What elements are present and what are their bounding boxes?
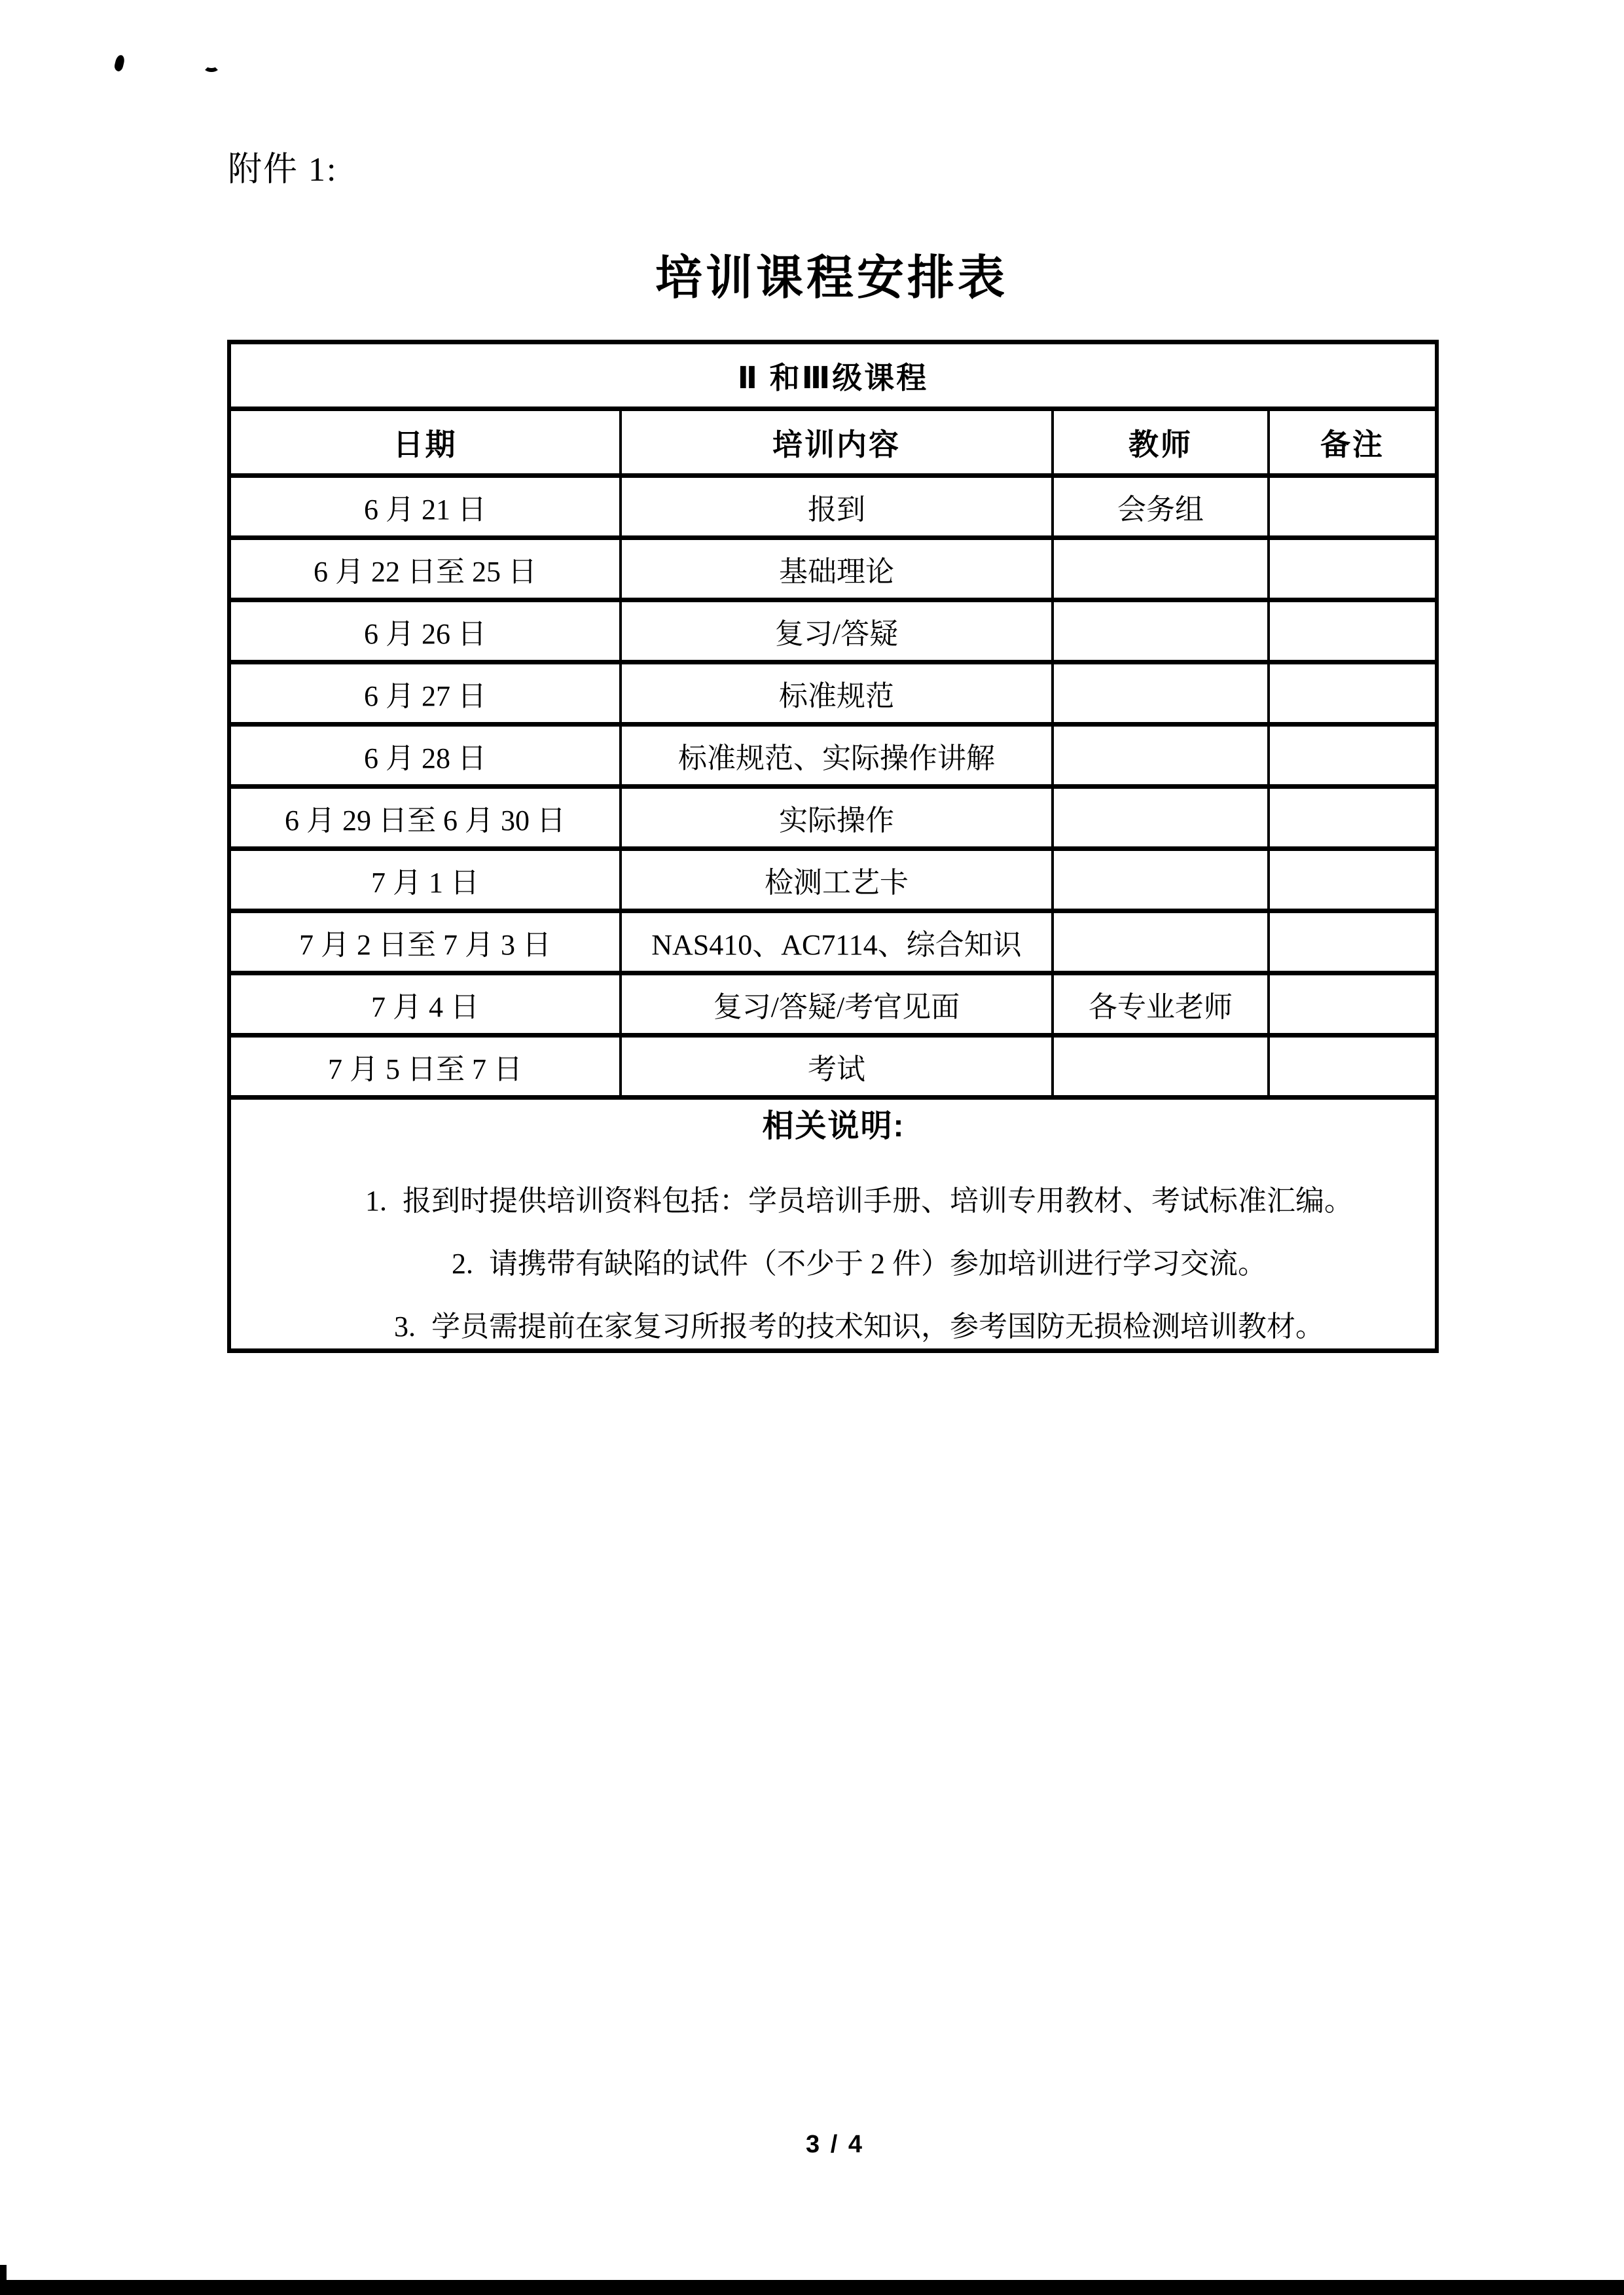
table-row: 6 月 29 日至 6 月 30 日 实际操作: [229, 787, 1437, 849]
note-number: 2.: [452, 1245, 473, 1283]
note-number: 3.: [394, 1308, 416, 1346]
notes-list: 1.报到时提供培训资料包括：学员培训手册、培训专用教材、考试标准汇编。 2.请携…: [231, 1182, 1435, 1346]
cell-content: 标准规范、实际操作讲解: [621, 725, 1053, 787]
cell-teacher: [1053, 725, 1269, 787]
cell-content: 检测工艺卡: [621, 849, 1053, 911]
cell-content: 复习/答疑: [621, 600, 1053, 662]
table-caption-row: Ⅱ 和Ⅲ级课程: [229, 342, 1437, 409]
note-item: 3.学员需提前在家复习所报考的技术知识，参考国防无损检测培训教材。: [283, 1308, 1435, 1346]
cell-date: 6 月 21 日: [229, 476, 621, 538]
cell-teacher: [1053, 1036, 1269, 1098]
note-text: 请携带有缺陷的试件（不少于 2 件）参加培训进行学习交流。: [489, 1248, 1267, 1280]
cell-date: 6 月 27 日: [229, 662, 621, 725]
cell-date: 6 月 22 日至 25 日: [229, 538, 621, 600]
table-row: 6 月 21 日 报到 会务组: [229, 476, 1437, 538]
column-header-remark: 备注: [1269, 409, 1437, 476]
cell-date: 6 月 28 日: [229, 725, 621, 787]
cell-content: 考试: [621, 1036, 1053, 1098]
page-number: 3 / 4: [23, 2131, 1624, 2159]
attachment-label: 附件 1:: [228, 151, 337, 190]
cell-date: 7 月 5 日至 7 日: [229, 1036, 621, 1098]
note-number: 1.: [365, 1182, 387, 1220]
schedule-body: 6 月 21 日 报到 会务组 6 月 22 日至 25 日 基础理论 6 月 …: [229, 476, 1437, 1098]
notes-row: 相关说明: 1.报到时提供培训资料包括：学员培训手册、培训专用教材、考试标准汇编…: [229, 1098, 1437, 1351]
table-caption: Ⅱ 和Ⅲ级课程: [229, 342, 1437, 409]
cell-remark: [1269, 538, 1437, 600]
cell-date: 7 月 4 日: [229, 973, 621, 1036]
cell-content: 报到: [621, 476, 1053, 538]
note-text: 报到时提供培训资料包括：学员培训手册、培训专用教材、考试标准汇编。: [403, 1185, 1353, 1217]
cell-date: 6 月 26 日: [229, 600, 621, 662]
cell-teacher: [1053, 538, 1269, 600]
table-row: 7 月 4 日 复习/答疑/考官见面 各专业老师: [229, 973, 1437, 1036]
table-header-row: 日期 培训内容 教师 备注: [229, 409, 1437, 476]
schedule-table: Ⅱ 和Ⅲ级课程 日期 培训内容 教师 备注 6 月 21 日 报到 会务组 6: [227, 340, 1439, 1353]
cell-remark: [1269, 911, 1437, 973]
cell-date: 7 月 2 日至 7 月 3 日: [229, 911, 621, 973]
cell-teacher: [1053, 911, 1269, 973]
cell-remark: [1269, 1036, 1437, 1098]
note-item: 1.报到时提供培训资料包括：学员培训手册、培训专用教材、考试标准汇编。: [283, 1182, 1435, 1220]
cell-teacher: 各专业老师: [1053, 973, 1269, 1036]
column-header-content: 培训内容: [621, 409, 1053, 476]
cell-remark: [1269, 662, 1437, 725]
cell-content: 复习/答疑/考官见面: [621, 973, 1053, 1036]
note-text: 学员需提前在家复习所报考的技术知识，参考国防无损检测培训教材。: [431, 1310, 1324, 1343]
scan-bottom-band: [0, 2280, 1624, 2295]
cell-remark: [1269, 600, 1437, 662]
column-header-date: 日期: [229, 409, 621, 476]
notes-heading: 相关说明:: [232, 1108, 1435, 1146]
cell-content: 标准规范: [621, 662, 1053, 725]
column-header-teacher: 教师: [1053, 409, 1269, 476]
cell-teacher: [1053, 787, 1269, 849]
cell-remark: [1269, 725, 1437, 787]
cell-content: 实际操作: [621, 787, 1053, 849]
cell-content: NAS410、AC7114、综合知识: [621, 911, 1053, 973]
table-row: 7 月 5 日至 7 日 考试: [229, 1036, 1437, 1098]
table-row: 7 月 1 日 检测工艺卡: [229, 849, 1437, 911]
notes-section: 相关说明: 1.报到时提供培训资料包括：学员培训手册、培训专用教材、考试标准汇编…: [229, 1098, 1437, 1351]
note-item: 2.请携带有缺陷的试件（不少于 2 件）参加培训进行学习交流。: [283, 1245, 1435, 1283]
cell-date: 7 月 1 日: [229, 849, 621, 911]
cell-remark: [1269, 849, 1437, 911]
table-row: 6 月 27 日 标准规范: [229, 662, 1437, 725]
cell-date: 6 月 29 日至 6 月 30 日: [229, 787, 621, 849]
table-row: 7 月 2 日至 7 月 3 日 NAS410、AC7114、综合知识: [229, 911, 1437, 973]
scan-speck-icon: [113, 54, 126, 72]
page-title: 培训课程安排表: [20, 253, 1624, 304]
cell-teacher: [1053, 849, 1269, 911]
cell-content: 基础理论: [621, 538, 1053, 600]
cell-teacher: [1053, 662, 1269, 725]
cell-teacher: 会务组: [1053, 476, 1269, 538]
table-row: 6 月 28 日 标准规范、实际操作讲解: [229, 725, 1437, 787]
document-page: 附件 1: 培训课程安排表 Ⅱ 和Ⅲ级课程 日期 培训内容 教师 备注 6 月 …: [0, 0, 1624, 2295]
scan-speck-icon: [203, 60, 220, 72]
cell-remark: [1269, 476, 1437, 538]
cell-remark: [1269, 787, 1437, 849]
cell-teacher: [1053, 600, 1269, 662]
cell-remark: [1269, 973, 1437, 1036]
table-row: 6 月 22 日至 25 日 基础理论: [229, 538, 1437, 600]
table-row: 6 月 26 日 复习/答疑: [229, 600, 1437, 662]
